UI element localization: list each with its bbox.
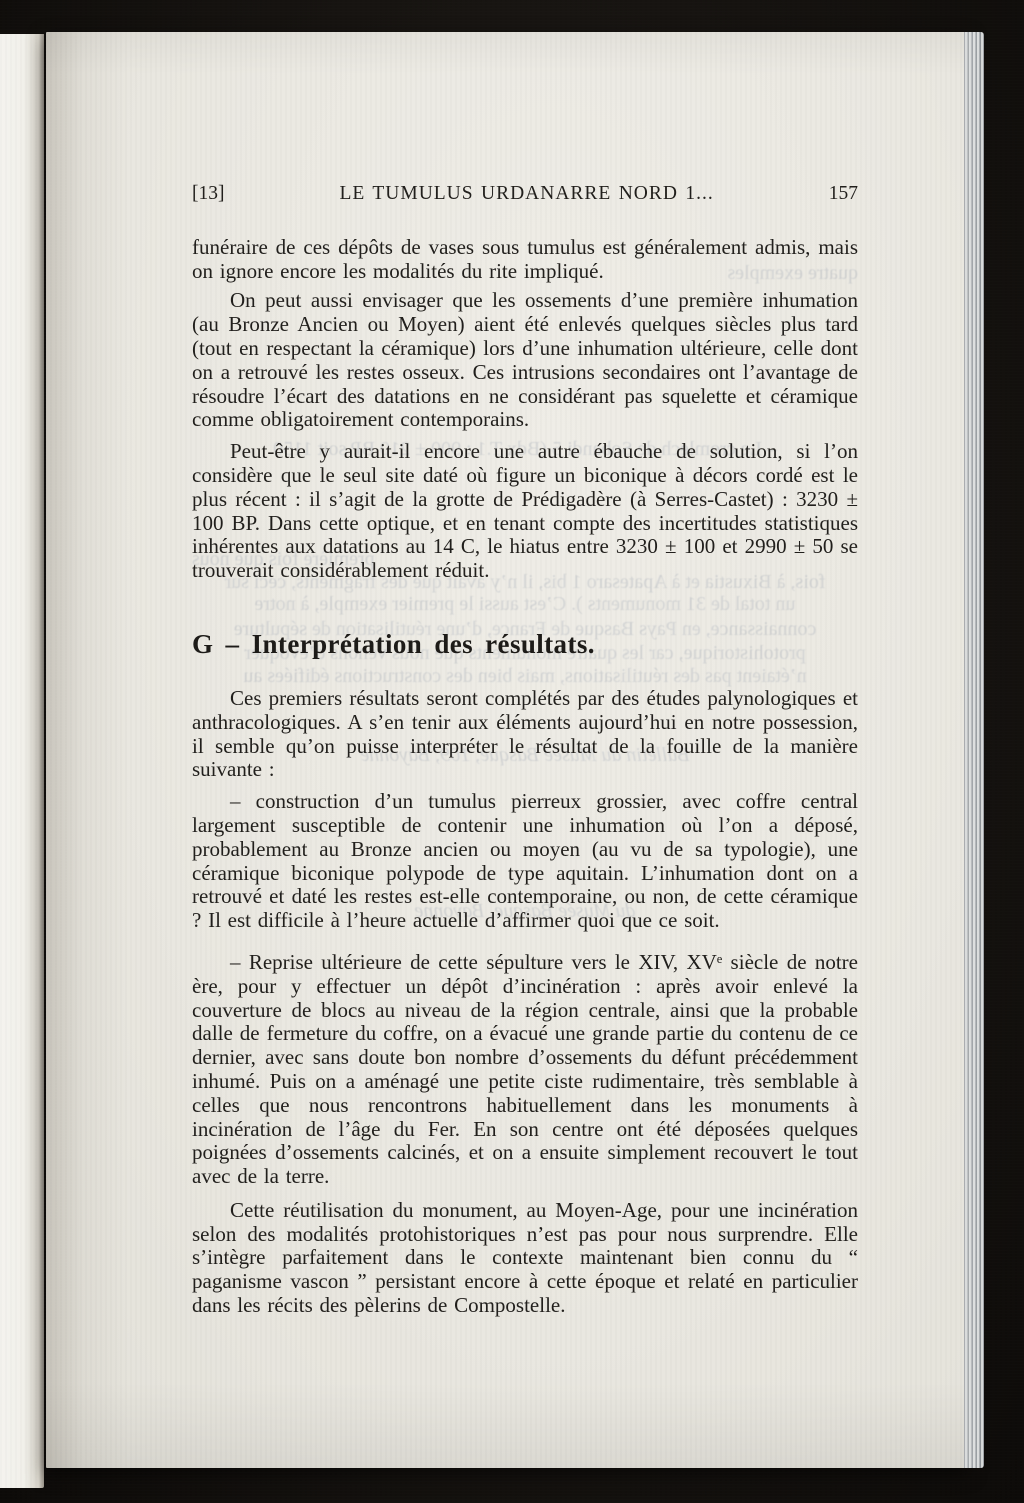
paragraph-premiers-resultats: Ces premiers résultats seront complétés … xyxy=(192,687,858,782)
section-heading-interpretation: G – Interprétation des résultats. xyxy=(192,627,858,661)
margin-reference: [13] xyxy=(192,182,225,206)
page-number: 157 xyxy=(829,182,858,206)
page-stack-fore-edge xyxy=(964,32,984,1468)
book-page: quatre exemples– Le cromlech de Sobandi … xyxy=(46,32,968,1468)
scan-background: { "header": { "margin_ref": "[13]", "run… xyxy=(0,0,1024,1503)
paragraph-reprise-sepulture: – Reprise ultérieure de cette sépulture … xyxy=(192,951,858,1189)
text-block: [13] LE TUMULUS URDANARRE NORD 1... 157 … xyxy=(192,182,858,1318)
paragraph-ebauche-solution: Peut-être y aurait-il encore une autre é… xyxy=(192,440,858,583)
running-title: LE TUMULUS URDANARRE NORD 1... xyxy=(340,182,714,206)
page-header: [13] LE TUMULUS URDANARRE NORD 1... 157 xyxy=(192,182,858,206)
facing-page-edge xyxy=(0,34,44,1488)
paragraph-ossements: On peut aussi envisager que les ossement… xyxy=(192,289,858,432)
paragraph-funeraire: funéraire de ces dépôts de vases sous tu… xyxy=(192,236,858,284)
paragraph-reutilisation-moyen-age: Cette réutilisation du monument, au Moye… xyxy=(192,1199,858,1318)
paragraph-construction-tumulus: – construction d’un tumulus pierreux gro… xyxy=(192,790,858,933)
